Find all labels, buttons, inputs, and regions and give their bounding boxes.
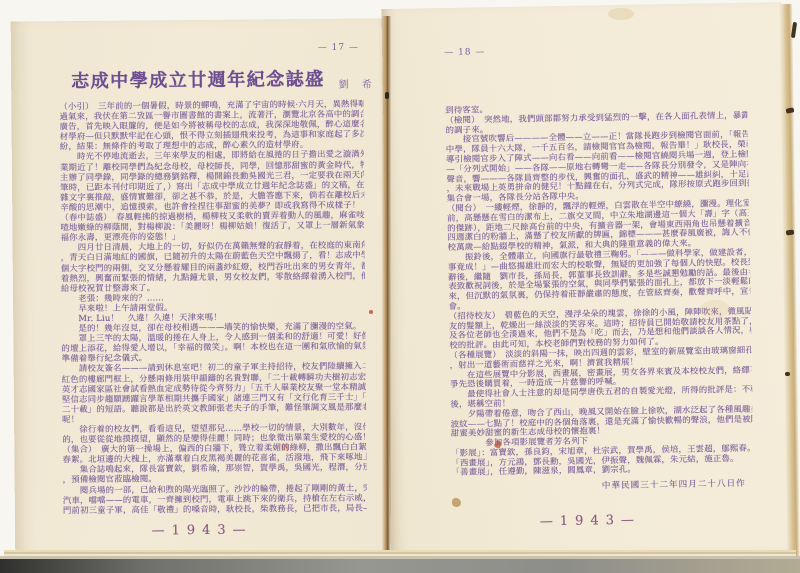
right-page-body: 到待客室。（檢閱） 突然地，我們頭部都努力承受到猛烈的一擊，在各人面孔表情上，暴… [445, 101, 754, 494]
table-shadow-band [0, 559, 800, 573]
right-page: — 18 — 到待客室。（檢閱） 突然地，我們頭部都努力承受到猛烈的一擊，在各人… [381, 2, 791, 558]
left-page-body: （小引） 三年前的一個暑假，時景的蟬鳴，充滿了宇宙的時候·六月天，異熱得喘不過氣… [59, 99, 367, 515]
text-line: 門前初三童子軍，高佳「敬禮」的嗓音時，耿校長，柴教務長，已把市長，局長———讀 [63, 502, 367, 515]
red-ink-dot [369, 310, 373, 314]
paper-stain [608, 8, 634, 20]
edge-speck [791, 22, 797, 38]
right-page-lines: 到待客室。（檢閱） 突然地，我們頭部都努力承受到猛烈的一擊，在各人面孔表情上，暴… [445, 101, 753, 478]
left-page: — 17 — 志成中學成立廿週年紀念誌盛 劉 希 瑜 （小引） 三年前的一個暑假… [11, 18, 390, 559]
title-row: 志成中學成立廿週年紀念誌盛 劉 希 瑜 [71, 65, 367, 94]
paper-stain [452, 498, 461, 507]
paper-stain [700, 300, 730, 318]
page-number-18: — 18 — [444, 47, 485, 58]
article-title: 志成中學成立廿週年紀念誌盛 [71, 65, 325, 93]
year-footer-right: —1943— [390, 510, 790, 532]
edge-speck [785, 372, 790, 376]
date-line: 中華民國三十二年四月二十八日作 [452, 477, 754, 494]
gutter-ink-spot [385, 92, 389, 99]
page-number-17: — 17 — [318, 43, 359, 53]
handwritten-red-annotation: 隊 [282, 442, 290, 453]
year-footer-left: —1943— [15, 521, 389, 539]
